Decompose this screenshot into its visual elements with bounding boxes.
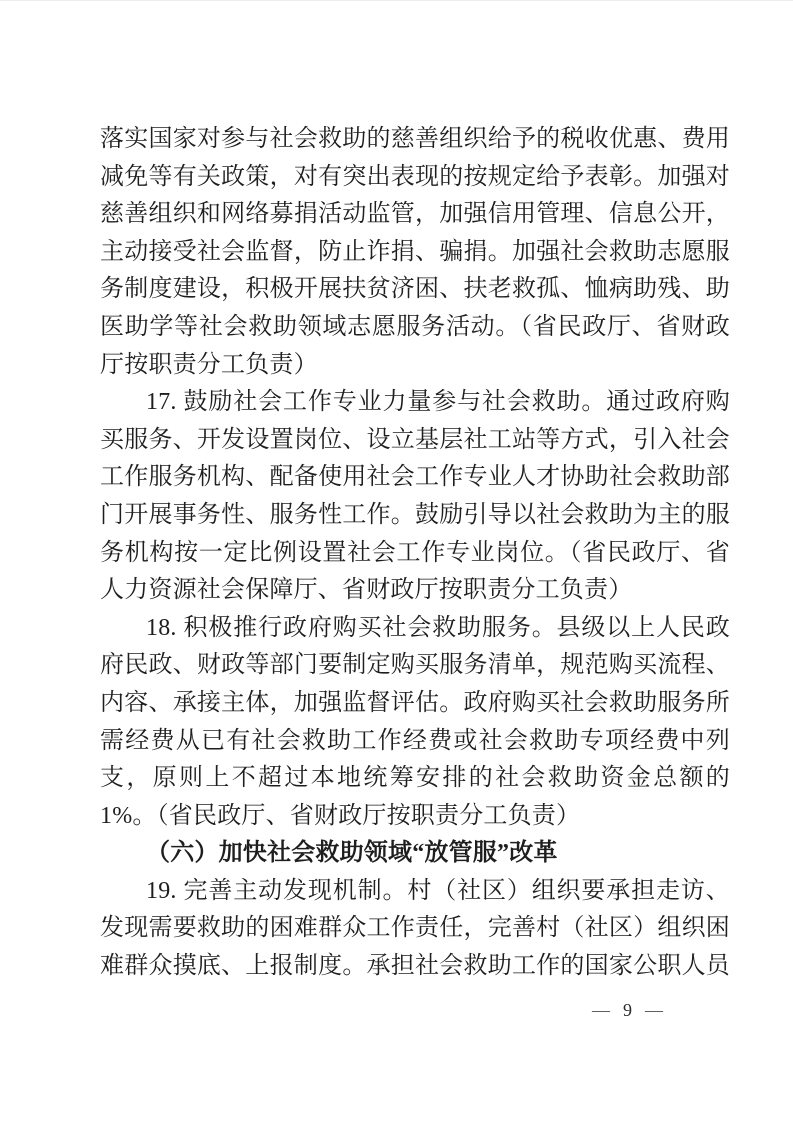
footer-dash-left: — (592, 998, 610, 1022)
text-line: 买服务、开发设置岗位、设立基层社工站等方式，引入社会 (100, 422, 730, 460)
text-line: 医助学等社会救助领域志愿服务活动。（省民政厅、省财政 (100, 309, 730, 347)
document-page: 落实国家对参与社会救助的慈善组织给予的税收优惠、费用减免等有关政策，对有突出表现… (0, 0, 793, 1121)
text-line: 18. 积极推行政府购买社会救助服务。县级以上人民政 (100, 610, 730, 648)
text-line: 1%。（省民政厅、省财政厅按职责分工负责） (100, 798, 730, 836)
text-line: 工作服务机构、配备使用社会工作专业人才协助社会救助部 (100, 459, 730, 497)
text-line: 务机构按一定比例设置社会工作专业岗位。（省民政厅、省 (100, 535, 730, 573)
text-line: 难群众摸底、上报制度。承担社会救助工作的国家公职人员 (100, 948, 730, 986)
text-line: 府民政、财政等部门要制定购买服务清单，规范购买流程、 (100, 647, 730, 685)
text-line: 主动接受社会监督，防止诈捐、骗捐。加强社会救助志愿服 (100, 234, 730, 272)
text-line: 慈善组织和网络募捐活动监管，加强信用管理、信息公开， (100, 196, 730, 234)
text-line: 需经费从已有社会救助工作经费或社会救助专项经费中列 (100, 723, 730, 761)
text-line: 内容、承接主体，加强监督评估。政府购买社会救助服务所 (100, 685, 730, 723)
text-line: 19. 完善主动发现机制。村（社区）组织要承担走访、 (100, 873, 730, 911)
text-line: 落实国家对参与社会救助的慈善组织给予的税收优惠、费用 (100, 121, 730, 159)
page-footer: — 9 — (592, 998, 663, 1022)
text-line: 厅按职责分工负责） (100, 347, 730, 385)
text-line: 支，原则上不超过本地统筹安排的社会救助资金总额的 (100, 760, 730, 798)
document-body: 落实国家对参与社会救助的慈善组织给予的税收优惠、费用减免等有关政策，对有突出表现… (100, 121, 730, 986)
text-line: 17. 鼓励社会工作专业力量参与社会救助。通过政府购 (100, 384, 730, 422)
text-line: 门开展事务性、服务性工作。鼓励引导以社会救助为主的服 (100, 497, 730, 535)
text-line: 务制度建设，积极开展扶贫济困、扶老救孤、恤病助残、助 (100, 271, 730, 309)
page-number: 9 (623, 998, 632, 1022)
text-line: 减免等有关政策，对有突出表现的按规定给予表彰。加强对 (100, 159, 730, 197)
text-line: 人力资源社会保障厅、省财政厅按职责分工负责） (100, 572, 730, 610)
section-heading-line: （六）加快社会救助领域“放管服”改革 (100, 835, 730, 873)
text-line: 发现需要救助的困难群众工作责任，完善村（社区）组织困 (100, 910, 730, 948)
footer-dash-right: — (645, 998, 663, 1022)
